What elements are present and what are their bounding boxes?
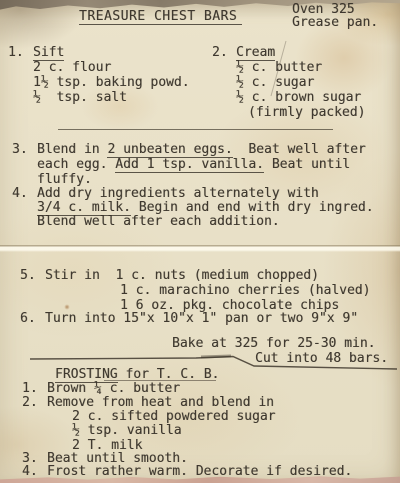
frosting-ingredient-powdered-sugar: 2 c. sifted powdered sugar	[72, 409, 276, 424]
frosting-step2-number: 2.	[22, 395, 38, 410]
frosting-step4-frost: Frost rather warm. Decorate if desired.	[47, 464, 352, 479]
frosting-step1-brown-butter: Brown ¼ c. butter	[47, 381, 180, 396]
frosting-step4-number: 4.	[22, 464, 38, 479]
frosting-ingredient-vanilla: ½ tsp. vanilla	[72, 423, 182, 438]
frosting-step1-number: 1.	[22, 381, 38, 396]
pencil-stray-mark	[271, 41, 286, 96]
frosting-step2-blend: Remove from heat and blend in	[47, 395, 274, 410]
recipe-card: TREASURE CHEST BARS Oven 325 Grease pan.…	[0, 0, 400, 483]
pen-swoosh-overstrike	[201, 356, 231, 357]
